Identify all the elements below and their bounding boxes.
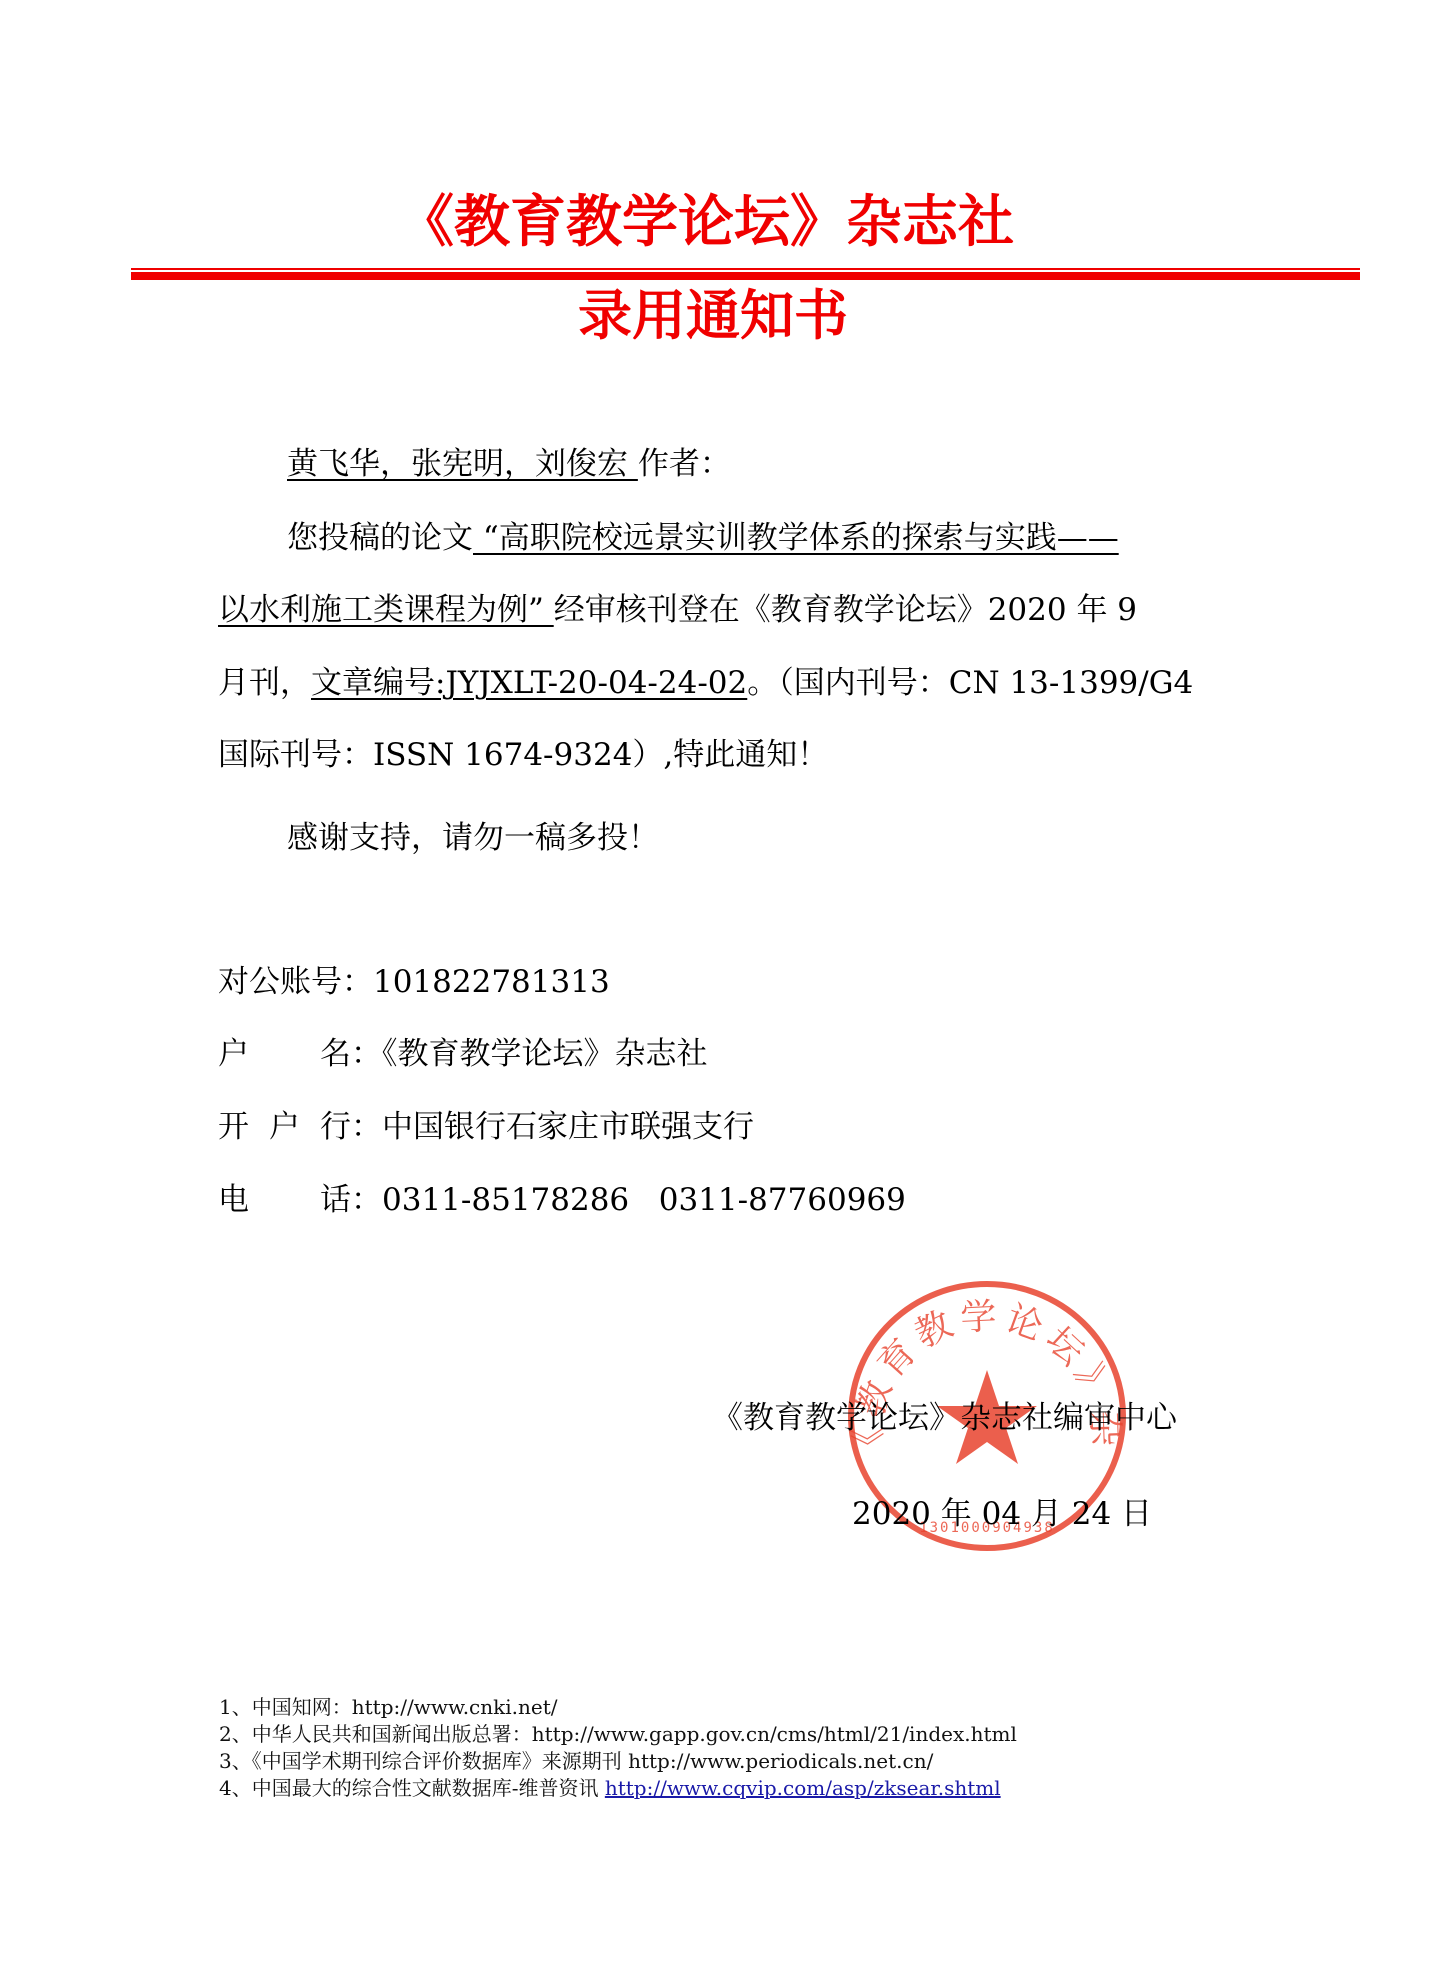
month-prefix: 月刊， xyxy=(218,665,311,701)
account-number-row: 对公账号：101822781313 xyxy=(218,962,610,1002)
footer-item-4: 4、中国最大的综合性文献数据库-维普资讯 http://www.cqvip.co… xyxy=(219,1775,1001,1802)
phone-label-1: 电 xyxy=(218,1180,320,1220)
footer-url: http://www.gapp.gov.cn/cms/html/21/index… xyxy=(532,1722,1017,1746)
bank-label-2: 户 xyxy=(269,1107,320,1147)
authors-suffix: 作者： xyxy=(638,446,731,482)
phone-value: 0311-85178286 0311-87760969 xyxy=(382,1182,906,1218)
international-issn: 国际刊号：ISSN 1674-9324）,特此通知！ xyxy=(218,737,828,773)
publisher-title: 《教育教学论坛》杂志社 xyxy=(398,188,1014,258)
article-number: 文章编号:JYJXLT-20-04-24-02 xyxy=(311,665,747,701)
closing-line: 感谢支持，请勿一稿多投！ xyxy=(287,818,659,858)
footer-label: 3、《中国学术期刊综合评价数据库》来源期刊 xyxy=(219,1749,628,1773)
cqvip-link[interactable]: http://www.cqvip.com/asp/zksear.shtml xyxy=(605,1776,1001,1800)
bank-label-3: 行： xyxy=(320,1109,382,1145)
publication-info: 经审核刊登在《教育教学论坛》2020 年 9 xyxy=(554,592,1137,628)
footer-label: 1、中国知网： xyxy=(219,1695,352,1719)
footer-label: 4、中国最大的综合性文献数据库-维普资讯 xyxy=(219,1776,605,1800)
document-title: 录用通知书 xyxy=(578,282,848,350)
account-name-value: 《教育教学论坛》杂志社 xyxy=(382,1036,708,1072)
phone-row: 电话：0311-85178286 0311-87760969 xyxy=(218,1180,906,1220)
footer-url: http://www.cnki.net/ xyxy=(352,1695,558,1719)
account-name-label-2: 名： xyxy=(320,1036,382,1072)
account-name-row: 户名：《教育教学论坛》杂志社 xyxy=(218,1034,708,1074)
account-name-label-1: 户 xyxy=(218,1034,320,1074)
footer-url: http://www.periodicals.net.cn/ xyxy=(628,1749,933,1773)
paper-title-part-1: “高职院校远景实训教学体系的探索与实践—— xyxy=(473,520,1119,556)
footer-label: 2、中华人民共和国新闻出版总署： xyxy=(219,1722,532,1746)
issue-date: 2020 年 04 月 24 日 xyxy=(852,1494,1152,1534)
paper-line-2: 以水利施工类课程为例” 经审核刊登在《教育教学论坛》2020 年 9 xyxy=(218,590,1137,630)
phone-label-2: 话： xyxy=(320,1182,382,1218)
paper-line-3: 月刊，文章编号:JYJXLT-20-04-24-02。（国内刊号：CN 13-1… xyxy=(218,663,1193,703)
paper-line-1: 您投稿的论文 “高职院校远景实训教学体系的探索与实践—— xyxy=(287,518,1119,558)
bank-row: 开户行：中国银行石家庄市联强支行 xyxy=(218,1107,754,1147)
account-number-label: 对公账号： xyxy=(218,964,373,1000)
paper-line-4: 国际刊号：ISSN 1674-9324）,特此通知！ xyxy=(218,735,828,775)
header-divider-thin xyxy=(131,268,1360,270)
paper-title-part-2: 以水利施工类课程为例” xyxy=(218,592,554,628)
bank-label-1: 开 xyxy=(218,1107,269,1147)
paper-prefix: 您投稿的论文 xyxy=(287,520,473,556)
header-divider-thick xyxy=(131,272,1360,280)
issuer-signature: 《教育教学论坛》杂志社编审中心 xyxy=(712,1398,1177,1438)
footer-item-3: 3、《中国学术期刊综合评价数据库》来源期刊 http://www.periodi… xyxy=(219,1748,933,1775)
domestic-issn: 。（国内刊号：CN 13-1399/G4 xyxy=(747,665,1193,701)
authors-names: 黄飞华，张宪明，刘俊宏 xyxy=(287,446,638,482)
authors-line: 黄飞华，张宪明，刘俊宏 作者： xyxy=(287,444,731,484)
bank-value: 中国银行石家庄市联强支行 xyxy=(382,1109,754,1145)
account-number-value: 101822781313 xyxy=(373,964,610,1000)
footer-item-2: 2、中华人民共和国新闻出版总署：http://www.gapp.gov.cn/c… xyxy=(219,1721,1017,1748)
footer-item-1: 1、中国知网：http://www.cnki.net/ xyxy=(219,1694,558,1721)
